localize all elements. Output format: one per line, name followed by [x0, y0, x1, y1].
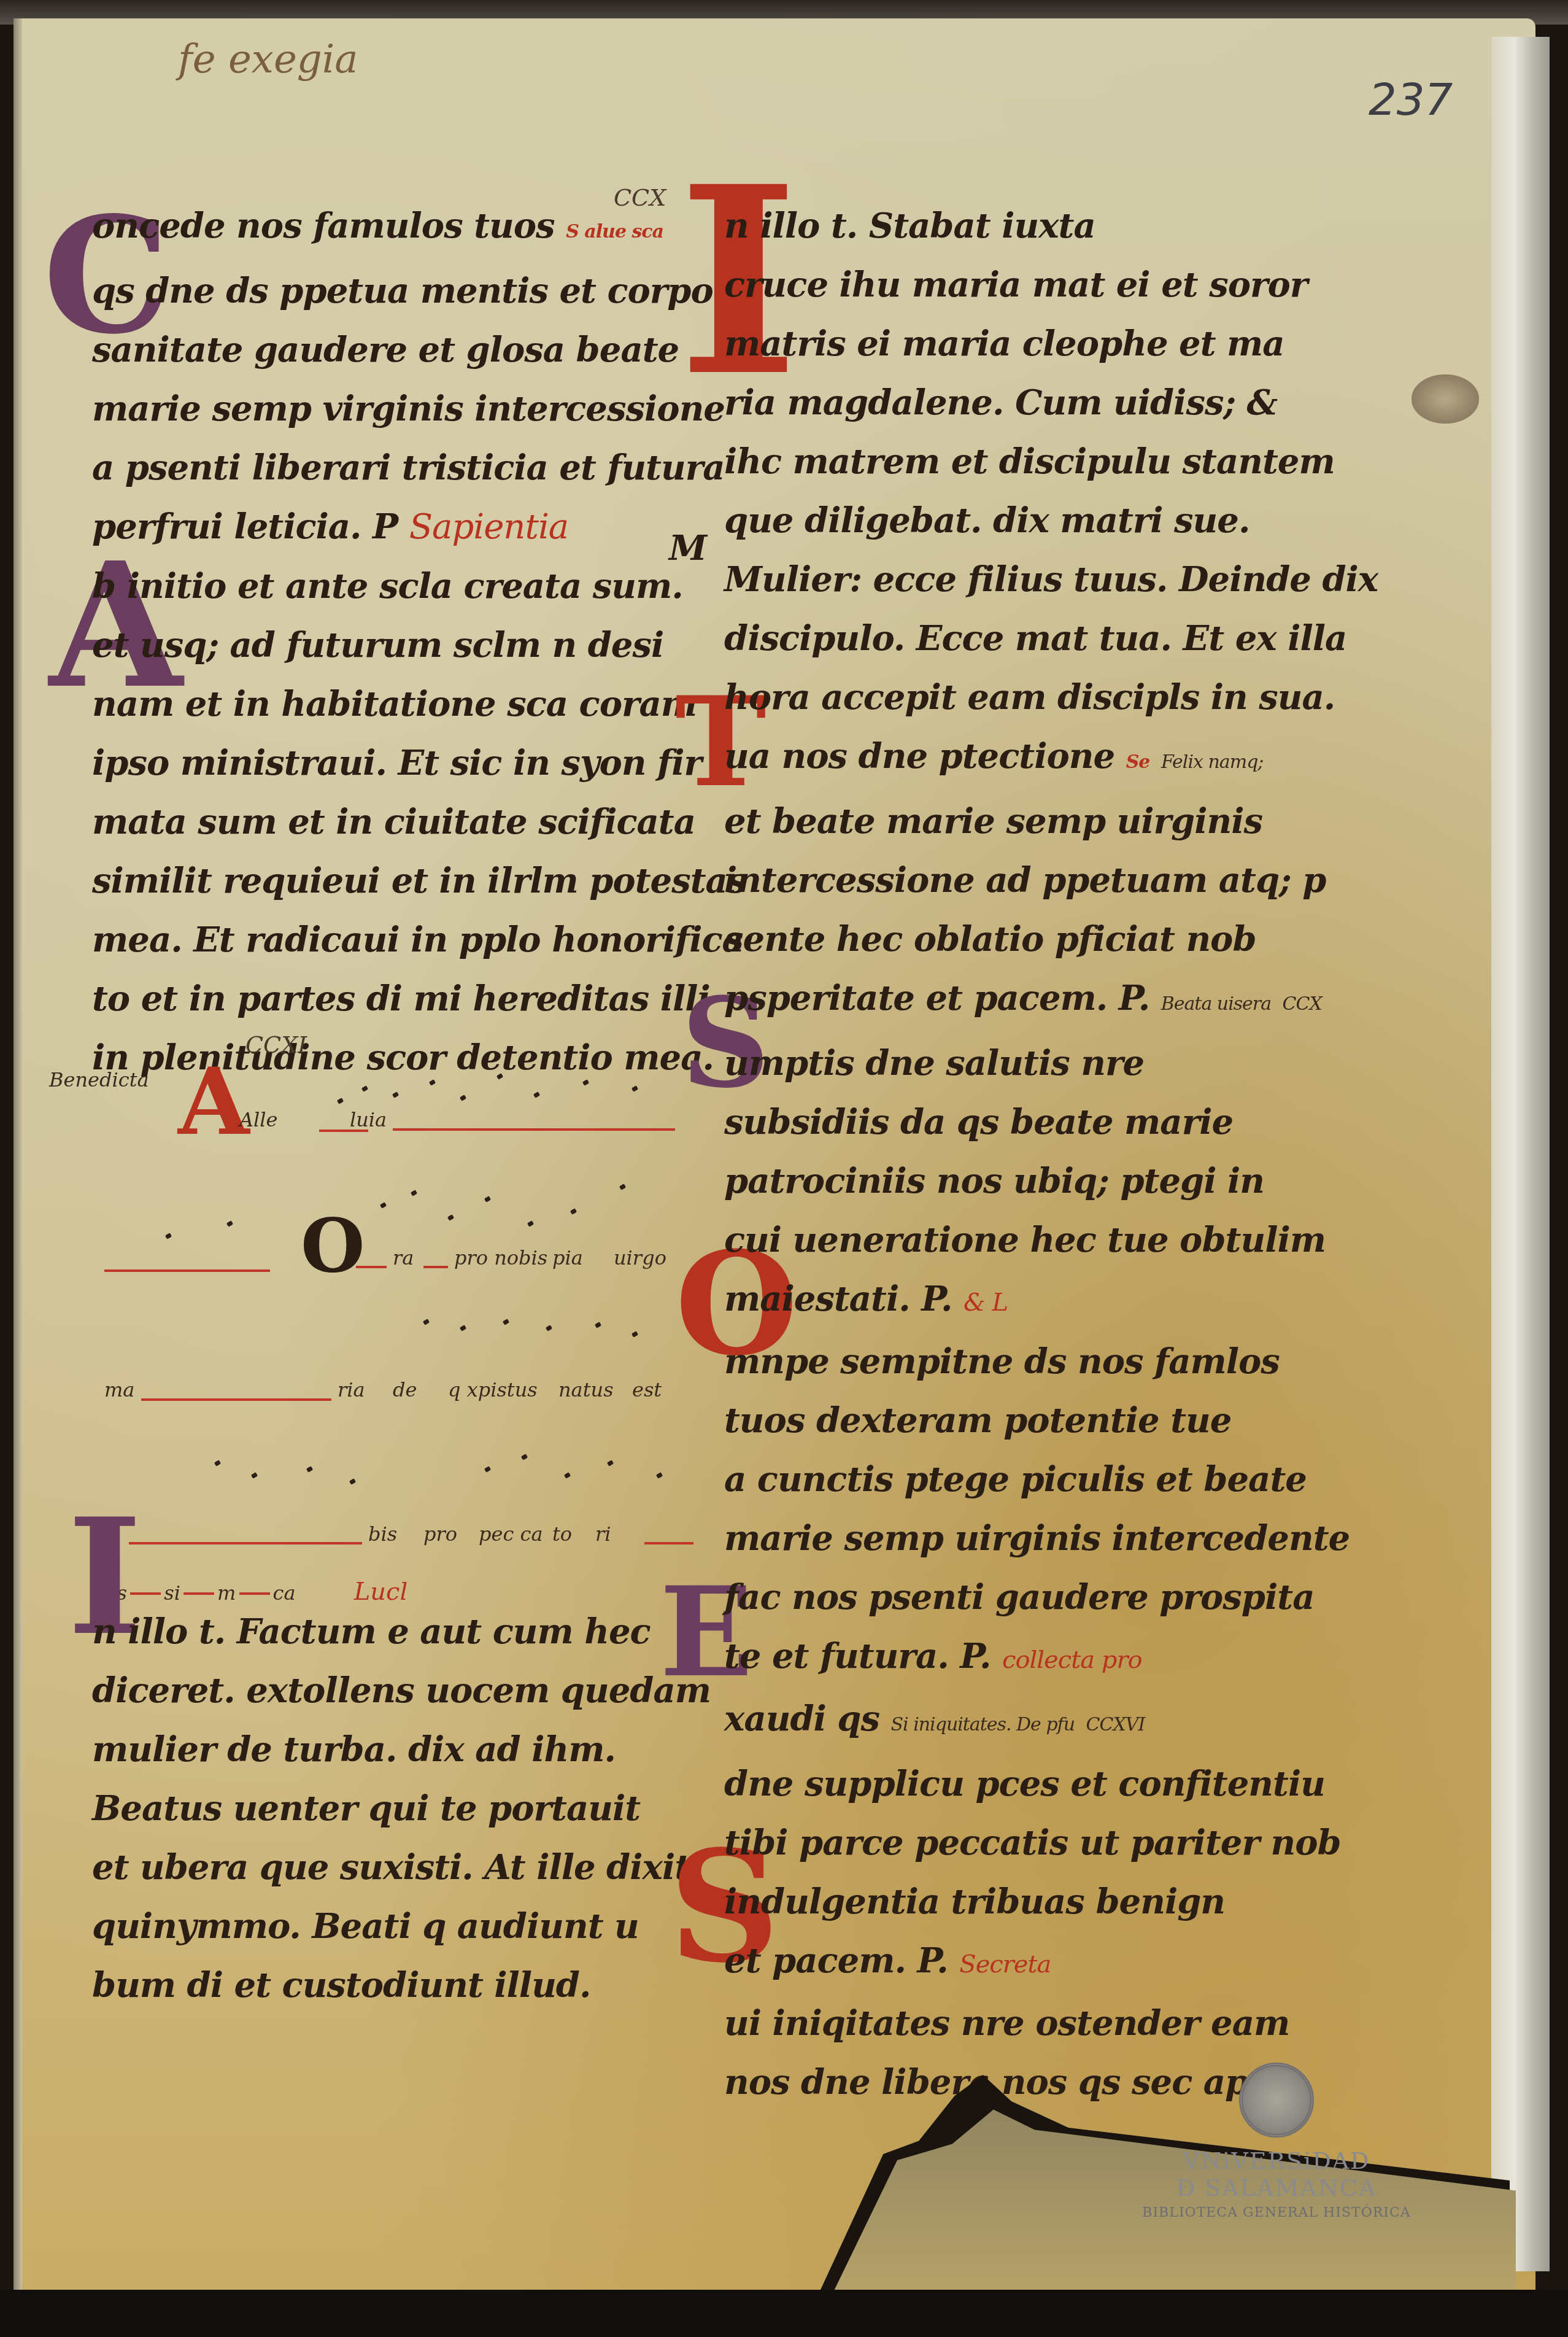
text-line: ua nos dne ptectione Se Felix namq;: [724, 727, 1276, 792]
text-line: et beate marie semp uirginis: [724, 792, 1276, 851]
chant-syllable: q xpistus: [448, 1378, 538, 1401]
text-line: indulgentia tribuas benign: [724, 1872, 1276, 1931]
university-seal-icon: [1239, 2063, 1314, 2137]
chant-syllable: pec ca: [479, 1522, 543, 1546]
text-line: sente hec oblatio pficiat nob: [724, 910, 1276, 969]
text-line: et usq; ad futurum sclm n desi: [92, 616, 675, 675]
text-line: umptis dne salutis nre: [724, 1034, 1276, 1093]
text-line: ui iniqitates nre ostender eam: [724, 1994, 1276, 2053]
text-line: a psenti liberari tristicia et futura: [92, 438, 675, 497]
text-line: ria magdalene. Cum uidiss; &: [724, 373, 1276, 432]
text-line: a cunctis ptege piculis et beate: [724, 1450, 1276, 1509]
left-gospel-text: n illo t. Factum e aut cum hec diceret. …: [92, 1602, 675, 2015]
chant-syllable: ra: [393, 1246, 414, 1269]
rubric-line: [104, 1269, 270, 1272]
text-line: dne supplicu pces et confitentiu: [724, 1754, 1276, 1813]
text-line: ihc matrem et discipulu stantem: [724, 432, 1276, 491]
margin-letter: M: [669, 519, 706, 578]
chant-syllable: luia: [350, 1108, 387, 1131]
rubric-line: [423, 1266, 448, 1268]
text-line: n illo t. Stabat iuxta: [724, 196, 1276, 255]
text-line: quinymmo. Beati q audiunt u: [92, 1897, 675, 1956]
watermark-line-1: VNiVERSiDAD: [1105, 2147, 1448, 2174]
chant-syllable: natus: [558, 1378, 614, 1401]
text-line: Mulier: ecce filius tuus. Deinde dix: [724, 550, 1276, 609]
left-column-text: oncede nos famulos tuos S alue sca qs dn…: [92, 196, 675, 1087]
page-fore-edge: [1491, 37, 1550, 2271]
watermark-line-2: Đ SALAMANCA: [1105, 2174, 1448, 2201]
text-line: sanitate gaudere et glosa beate: [92, 320, 675, 379]
rubric-line: [141, 1398, 331, 1401]
text-line: discipulo. Ecce mat tua. Et ex illa: [724, 609, 1276, 668]
library-watermark: VNiVERSiDAD Đ SALAMANCA BIBLIOTECA GENER…: [1105, 2063, 1448, 2220]
chant-syllable: est: [632, 1378, 662, 1401]
text-line: similit requieui et in ilrlm potestas: [92, 851, 675, 910]
top-margin-note: fe exegia: [178, 37, 358, 82]
chant-syllable: bis: [368, 1522, 397, 1546]
rubric-line: [356, 1266, 387, 1268]
text-line: et ubera que suxisti. At ille dixit.: [92, 1838, 675, 1897]
rubric-line: [644, 1542, 693, 1544]
text-line: mea. Et radicaui in pplo honorifica: [92, 910, 675, 969]
text-line: fac nos psenti gaudere prospita: [724, 1568, 1276, 1627]
page-gutter-edge: [14, 18, 22, 2296]
chant-syllable: ma: [104, 1378, 134, 1401]
text-line: to et in partes di mi hereditas illi: [92, 969, 675, 1028]
chant-syllable: uirgo: [614, 1246, 666, 1269]
chant-syllable: ri: [595, 1522, 611, 1546]
text-line: mata sum et in ciuitate scificata: [92, 793, 675, 851]
text-line: mulier de turba. dix ad ihm.: [92, 1720, 675, 1779]
chant-syllable: Alle: [239, 1108, 278, 1131]
initial-o: O: [301, 1209, 365, 1283]
text-line: bum di et custodiunt illud.: [92, 1956, 675, 2015]
text-line: te et futura. P. collecta pro: [724, 1627, 1276, 1689]
text-line: cruce ihu maria mat ei et soror: [724, 255, 1276, 314]
rubric-line: [129, 1542, 362, 1544]
watermark-line-3: BIBLIOTECA GENERAL HISTÓRICA: [1105, 2205, 1448, 2220]
text-line: hora accepit eam discipls in sua.: [724, 668, 1276, 727]
right-column-text: n illo t. Stabat iuxta cruce ihu maria m…: [724, 196, 1276, 2112]
chant-syllable: pia: [552, 1246, 583, 1269]
text-line: maiestati. P. & L: [724, 1269, 1276, 1332]
chant-syllable: de: [393, 1378, 417, 1401]
folio-number: 237: [1369, 74, 1453, 125]
text-line: perfrui leticia. P Sapientia: [92, 497, 675, 557]
text-line: que diligebat. dix matri sue.: [724, 491, 1276, 550]
text-line: oncede nos famulos tuos S alue sca: [92, 196, 675, 262]
text-line: Beatus uenter qui te portauit: [92, 1779, 675, 1838]
text-line: xaudi qs Si iniquitates. De pfu CCXVI: [724, 1689, 1276, 1754]
text-line: patrociniis nos ubiq; ptegi in: [724, 1152, 1276, 1211]
text-line: intercessione ad ppetuam atq; p: [724, 851, 1276, 910]
margin-label: Benedicta: [49, 1068, 149, 1091]
text-line: marie semp uirginis intercedente: [724, 1509, 1276, 1568]
rubric-line: [393, 1128, 675, 1131]
text-line: qs dne ds ppetua mentis et corpori: [92, 262, 675, 320]
text-line: matris ei maria cleophe et ma: [724, 314, 1276, 373]
chant-notation: CCXI Benedicta A Alle luia O ra pro nobi…: [104, 1044, 693, 1578]
text-line: cui ueneratione hec tue obtulim: [724, 1211, 1276, 1269]
text-line: tuos dexteram potentie tue: [724, 1391, 1276, 1450]
text-line: n illo t. Factum e aut cum hec: [92, 1602, 675, 1661]
chant-syllable: ria: [338, 1378, 365, 1401]
text-line: diceret. extollens uocem quedam: [92, 1661, 675, 1720]
text-line: b initio et ante scla creata sum.: [92, 557, 675, 616]
text-line: psperitate et pacem. P. Beata uisera CCX: [724, 969, 1276, 1034]
marginal-numeral: CCXI: [245, 1031, 307, 1058]
text-line: tibi parce peccatis ut pariter nob: [724, 1813, 1276, 1872]
chant-syllable: pro nobis: [454, 1246, 547, 1269]
text-line: et pacem. P. Secreta: [724, 1931, 1276, 1994]
text-line: nam et in habitatione sca coram: [92, 675, 675, 734]
chant-syllable: pro: [423, 1522, 457, 1546]
initial-a-red: A: [178, 1056, 249, 1148]
text-line: ipso ministraui. Et sic in syon fir: [92, 734, 675, 793]
chant-syllable: to: [552, 1522, 572, 1546]
text-line: marie semp virginis intercessione: [92, 379, 675, 438]
text-line: subsidiis da qs beate marie: [724, 1093, 1276, 1152]
bottom-background: [0, 2290, 1568, 2337]
text-line: mnpe sempitne ds nos famlos: [724, 1332, 1276, 1391]
parchment-repair-knot: [1412, 374, 1479, 424]
